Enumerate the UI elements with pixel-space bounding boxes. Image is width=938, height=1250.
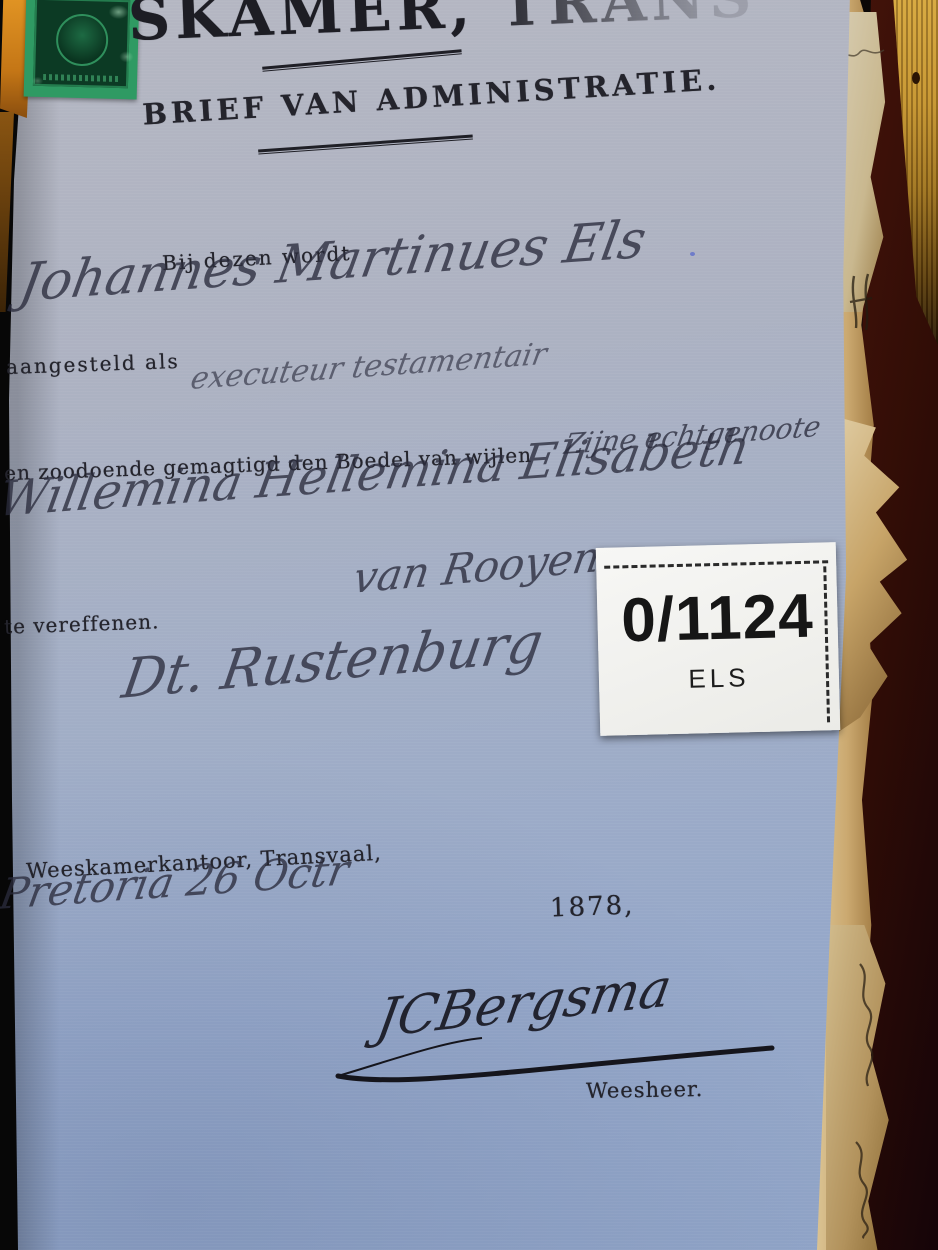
ink-speck — [690, 252, 695, 256]
revenue-stamp — [24, 0, 140, 99]
year-text: 1878, — [550, 891, 635, 924]
label-surname: ELS — [599, 660, 840, 697]
label-perforation-top — [604, 560, 828, 568]
signer-title-text: Weesheer. — [586, 1077, 704, 1103]
handwriting-fragment — [848, 272, 874, 332]
handwriting-fragment — [852, 960, 886, 1090]
archive-label-card: 0/1124 ELS — [596, 542, 841, 736]
signature-flourish — [332, 1030, 782, 1090]
handwriting-fragment — [846, 1140, 882, 1240]
wood-knot — [912, 72, 920, 84]
archive-photo: SKAMER, TRANS BRIEF VAN ADMINISTRATIE. B… — [0, 0, 938, 1250]
label-reference-number: 0/1124 — [597, 580, 839, 657]
stamp-wear — [24, 0, 140, 99]
